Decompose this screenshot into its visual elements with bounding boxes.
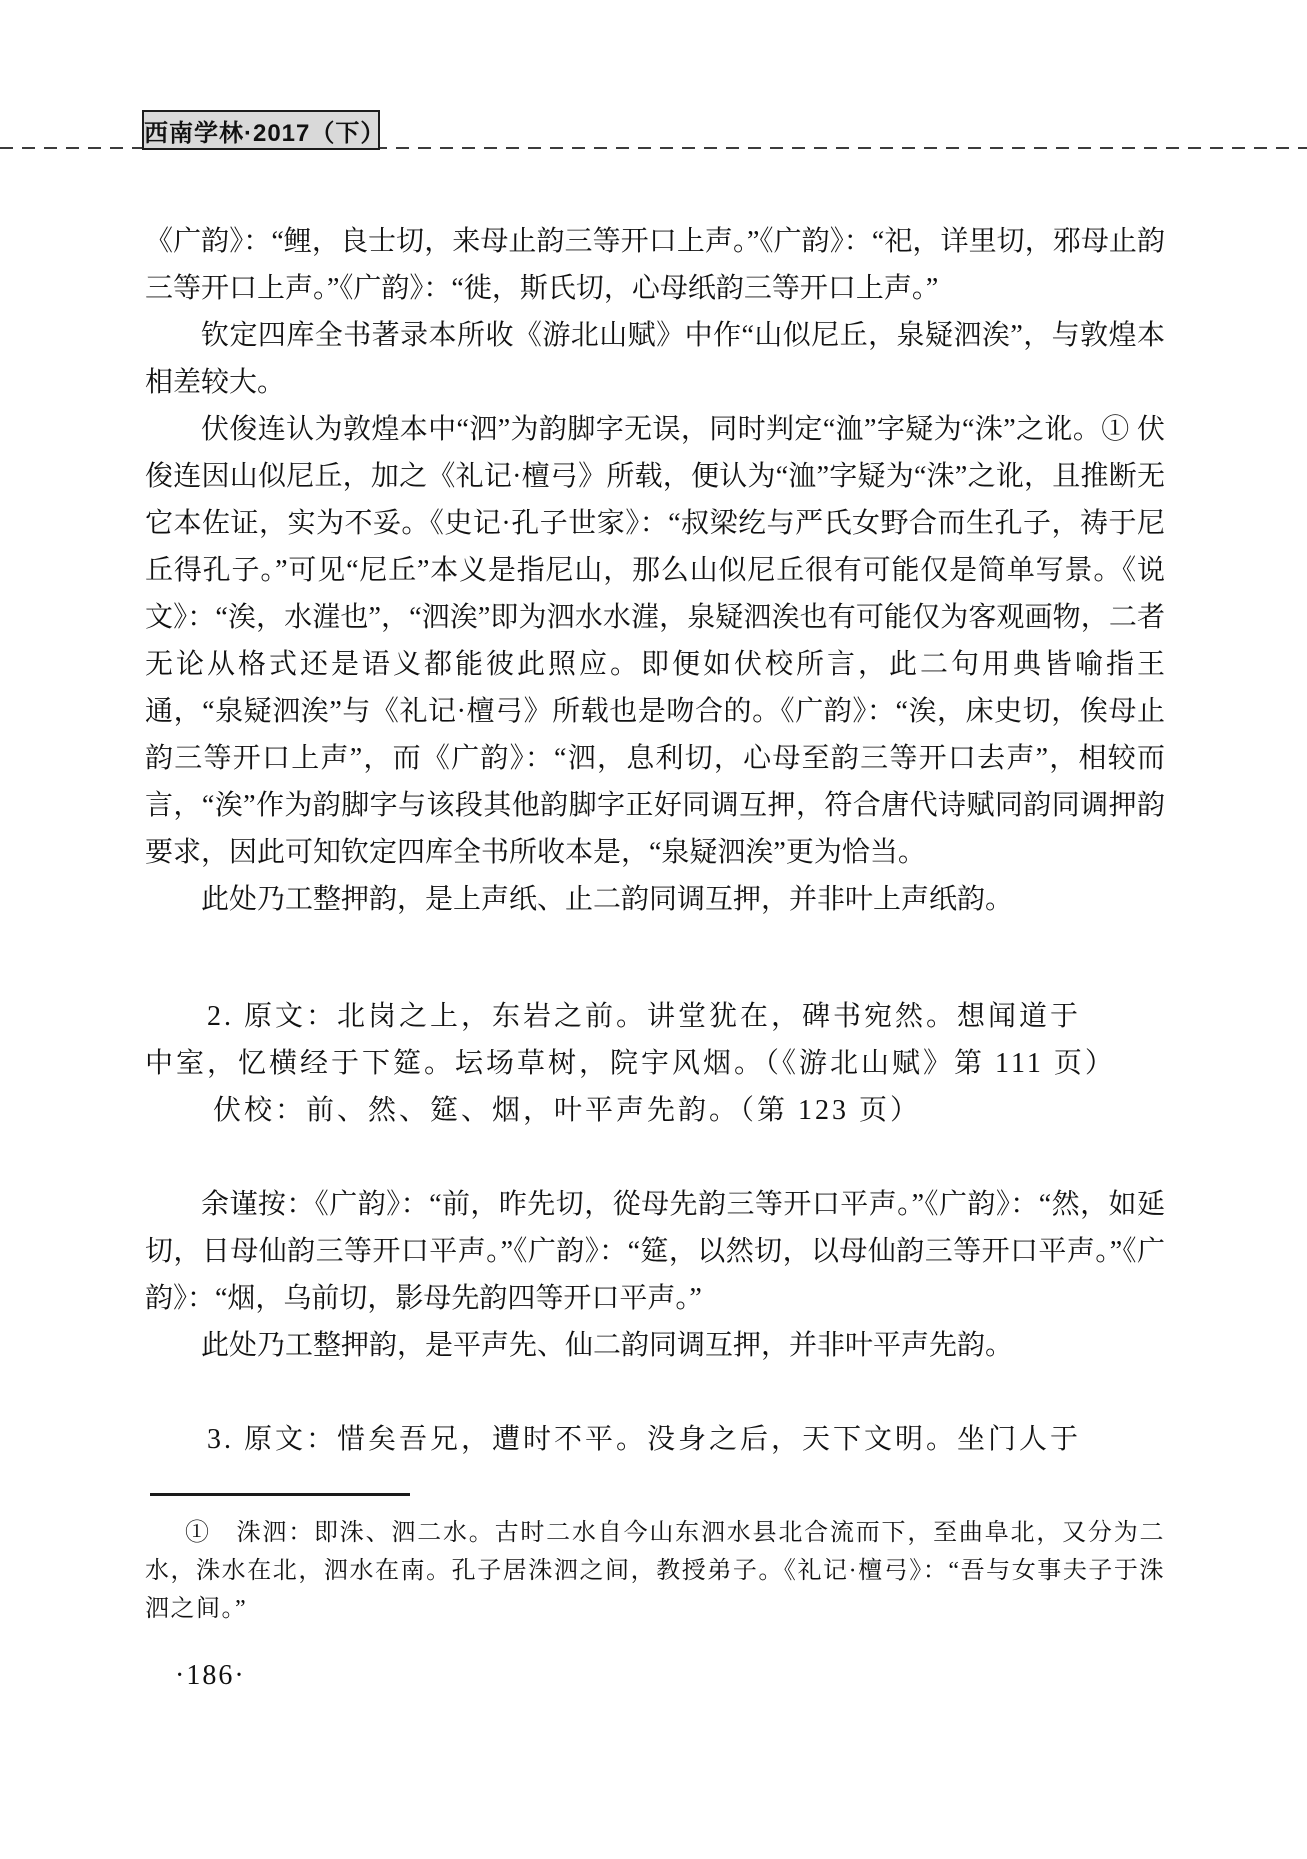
document-page: 西南学林·2017（下） 《广韵》：“鲤，良士切，来母止韵三等开口上声。”《广韵… — [0, 0, 1307, 1859]
page-body: 《广韵》：“鲤，良士切，来母止韵三等开口上声。”《广韵》：“祀，详里切，邪母止韵… — [145, 218, 1165, 1699]
footnote-1: ① 洙泗：即洙、泗二水。古时二水自今山东泗水县北合流而下，至曲阜北，又分为二水，… — [145, 1514, 1165, 1628]
paragraph-guangyun-li-si-xi: 《广韵》：“鲤，良士切，来母止韵三等开口上声。”《广韵》：“祀，详里切，邪母止韵… — [145, 218, 1165, 312]
quote-block-2: 2. 原文：北岗之上，东岩之前。讲堂犹在，碑书宛然。想闻道于 中室，忆横经于下筵… — [145, 993, 1165, 1134]
quote-2-line-2: 中室，忆横经于下筵。坛场草树，院宇风烟。（《游北山赋》第 111 页） — [145, 1040, 1165, 1087]
running-head-title: 西南学林·2017（下） — [144, 113, 378, 148]
quote-2-line-3: 伏校：前、然、筵、烟，叶平声先韵。（第 123 页） — [145, 1087, 1165, 1134]
running-head-box: 西南学林·2017（下） — [142, 110, 380, 150]
paragraph-fu-junlian-analysis: 伏俊连认为敦煌本中“泗”为韵脚字无误，同时判定“洫”字疑为“洙”之讹。① 伏俊连… — [145, 406, 1165, 876]
paragraph-conclusion-xian-rhyme: 此处乃工整押韵，是平声先、仙二韵同调互押，并非叶平声先韵。 — [145, 1322, 1165, 1369]
quote-block-3: 3. 原文：惜矣吾兄，遭时不平。没身之后，天下文明。坐门人于 — [145, 1416, 1165, 1463]
page-number: ·186· — [145, 1652, 1165, 1699]
quote-3-line-1: 3. 原文：惜矣吾兄，遭时不平。没身之后，天下文明。坐门人于 — [145, 1416, 1165, 1463]
paragraph-siku-edition: 钦定四库全书著录本所收《游北山赋》中作“山似尼丘，泉疑泗涘”，与敦煌本相差较大。 — [145, 312, 1165, 406]
footnote-1-text: 洙泗：即洙、泗二水。古时二水自今山东泗水县北合流而下，至曲阜北，又分为二水，洙水… — [145, 1520, 1165, 1622]
footnote-separator-rule — [150, 1493, 410, 1496]
paragraph-yujinan-guangyun: 余谨按：《广韵》：“前，昨先切，從母先韵三等开口平声。”《广韵》：“然，如延切，… — [145, 1181, 1165, 1322]
quote-2-line-1: 2. 原文：北岗之上，东岩之前。讲堂犹在，碑书宛然。想闻道于 — [145, 993, 1165, 1040]
footnote-1-marker: ① — [185, 1520, 211, 1546]
paragraph-conclusion-zhi-rhyme: 此处乃工整押韵，是上声纸、止二韵同调互押，并非叶上声纸韵。 — [145, 876, 1165, 923]
